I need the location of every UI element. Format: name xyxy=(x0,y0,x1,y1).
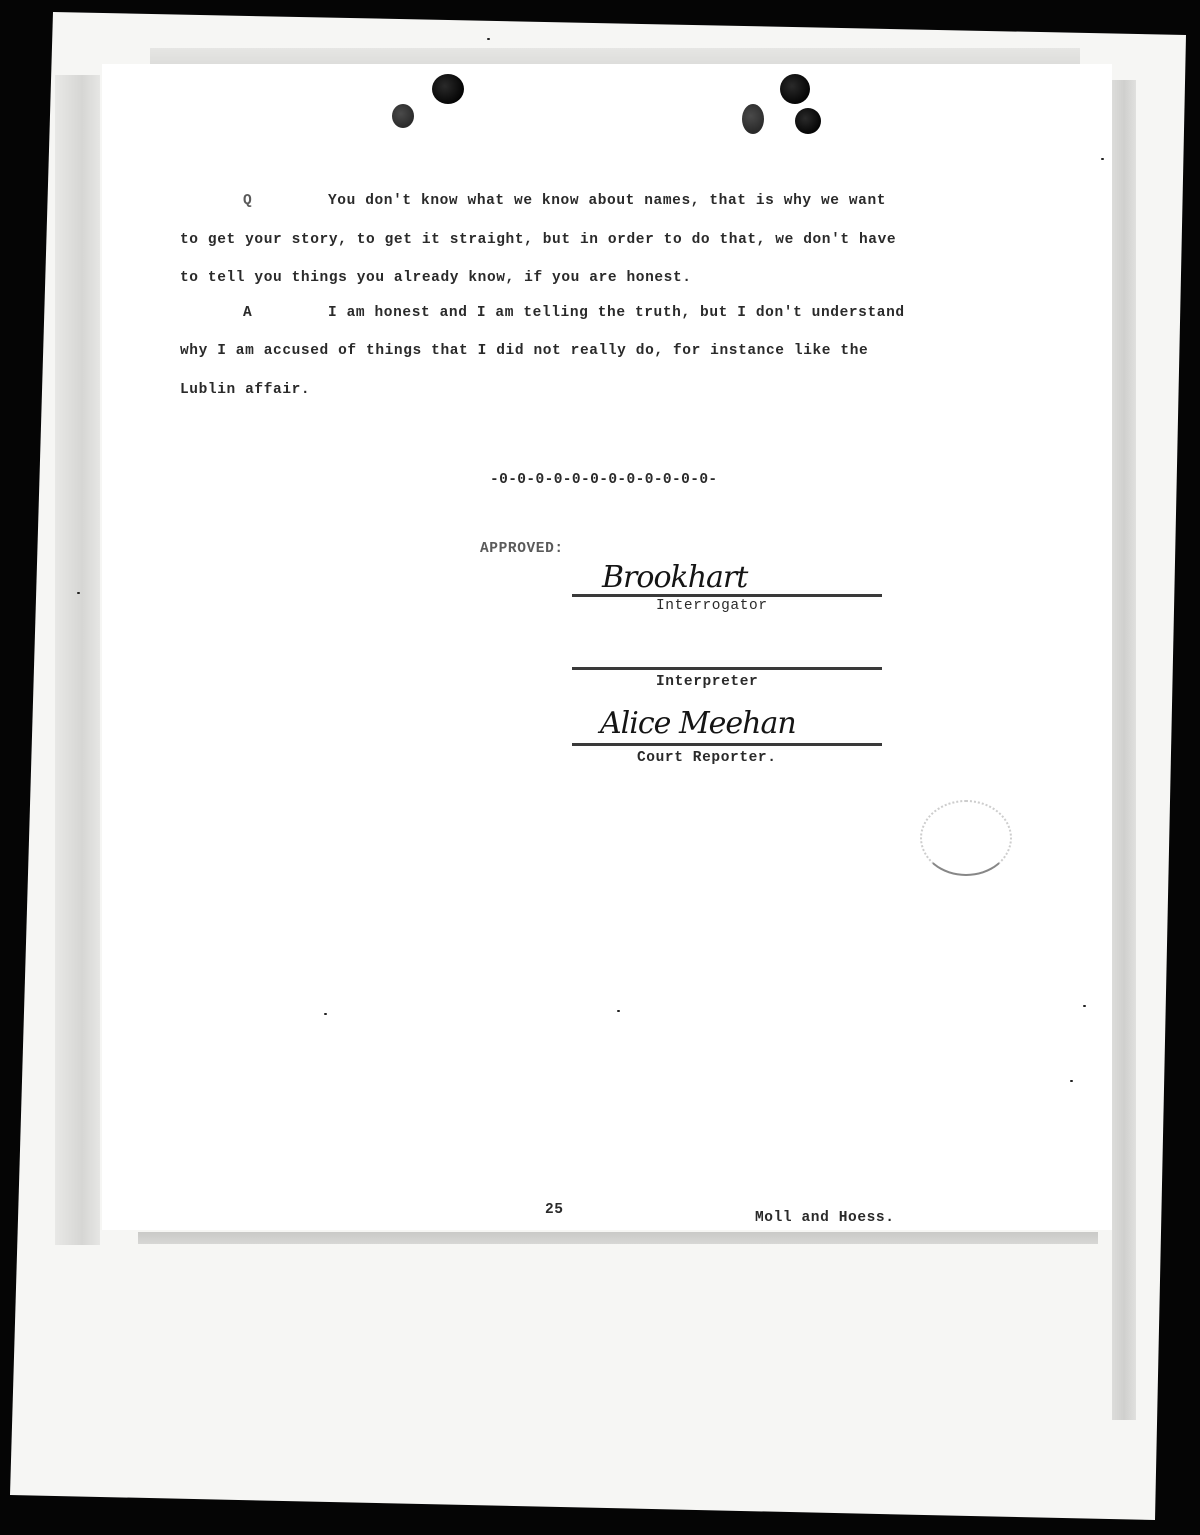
section-separator: -0-0-0-0-0-0-0-0-0-0-0-0- xyxy=(490,472,718,488)
case-name-footer: Moll and Hoess. xyxy=(755,1210,895,1226)
court-reporter-signature: Alice Meehan xyxy=(600,706,796,741)
speaker-q-label: Q xyxy=(243,193,252,209)
q-line-3: to tell you things you already know, if … xyxy=(180,270,692,286)
scan-speck xyxy=(77,592,80,594)
a-line-3: Lublin affair. xyxy=(180,382,310,398)
q-line-1: You don't know what we know about names,… xyxy=(328,193,886,209)
approved-label: APPROVED: xyxy=(480,541,564,557)
scan-speck xyxy=(487,38,490,40)
a-line-2: why I am accused of things that I did no… xyxy=(180,343,868,359)
page-shadow-right xyxy=(1112,80,1136,1420)
scanned-document: Q You don't know what we know about name… xyxy=(0,0,1200,1535)
punch-hole-icon xyxy=(780,74,810,104)
page-shadow-left xyxy=(55,75,100,1245)
punch-hole-icon xyxy=(742,104,764,134)
scan-speck xyxy=(617,1010,620,1012)
court-reporter-signature-line xyxy=(572,743,882,746)
page-number: 25 xyxy=(545,1202,564,1218)
scan-speck xyxy=(1083,1005,1086,1007)
interrogator-signature-line xyxy=(572,594,882,597)
scan-speck xyxy=(324,1013,327,1015)
punch-hole-icon xyxy=(392,104,414,128)
interrogator-role-label: Interrogator xyxy=(656,598,768,614)
interpreter-role-label: Interpreter xyxy=(656,674,758,690)
court-reporter-role-label: Court Reporter. xyxy=(637,750,777,766)
punch-hole-icon xyxy=(795,108,821,134)
scan-speck xyxy=(1101,158,1104,160)
archive-seal-icon xyxy=(920,800,1012,876)
speaker-a-label: A xyxy=(243,305,252,321)
q-line-2: to get your story, to get it straight, b… xyxy=(180,232,896,248)
punch-hole-icon xyxy=(432,74,464,104)
interpreter-signature-line xyxy=(572,667,882,670)
page-shadow-bottom xyxy=(138,1232,1098,1244)
interrogator-signature: Brookhart xyxy=(602,560,747,595)
a-line-1: I am honest and I am telling the truth, … xyxy=(328,305,905,321)
scan-speck xyxy=(1070,1080,1073,1082)
